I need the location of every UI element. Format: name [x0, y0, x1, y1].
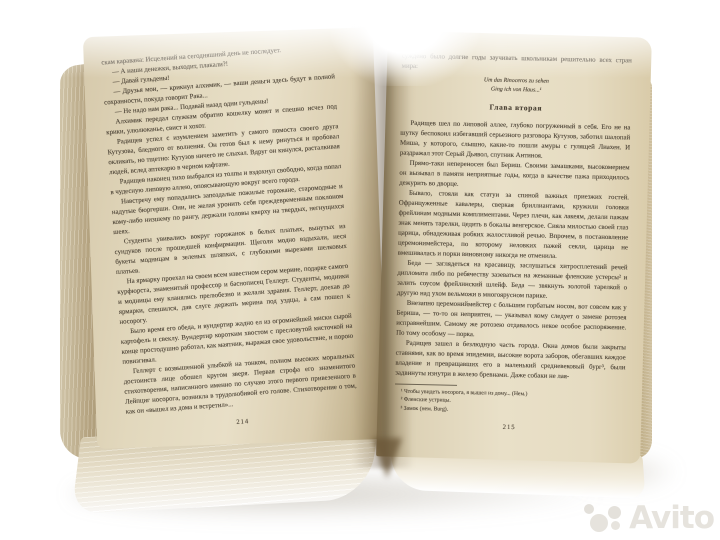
avito-logo-circle [608, 506, 621, 519]
chapter-heading: Глава вторая [401, 101, 631, 116]
paragraph: Внезапно церемониймейстер с большим горб… [396, 299, 627, 344]
avito-logo-circle [590, 514, 608, 532]
paragraph: Радищев шел по липовой аллее, глубоко по… [400, 119, 631, 164]
avito-watermark: Avito [582, 498, 714, 538]
right-page-text: суждено было долгие годы заучивать школь… [394, 52, 632, 436]
avito-logo-circle [584, 504, 594, 514]
paragraph: Беда — заглядеться на красавицу, заслуша… [397, 259, 628, 304]
paragraph: Бывало, стояли как статуи за спиной важн… [398, 189, 629, 264]
paragraph: Радищев зашел в безлюдную часть города. … [395, 339, 626, 384]
left-page-text: скам каравана: Исцелений на сегодняшний … [101, 42, 359, 435]
paragraph: Прямо-таки непереносен был Бериш. Своими… [399, 159, 630, 194]
avito-logo-icon [582, 498, 626, 538]
spine-gutter-shadow [352, 22, 414, 468]
spine-bottom-shadow [372, 438, 402, 478]
book-photo: скам каравана: Исцелений на сегодняшний … [0, 0, 720, 540]
avito-logo-circle [611, 521, 620, 530]
avito-wordmark: Avito [629, 503, 714, 534]
spine-top-glare [330, 0, 480, 86]
